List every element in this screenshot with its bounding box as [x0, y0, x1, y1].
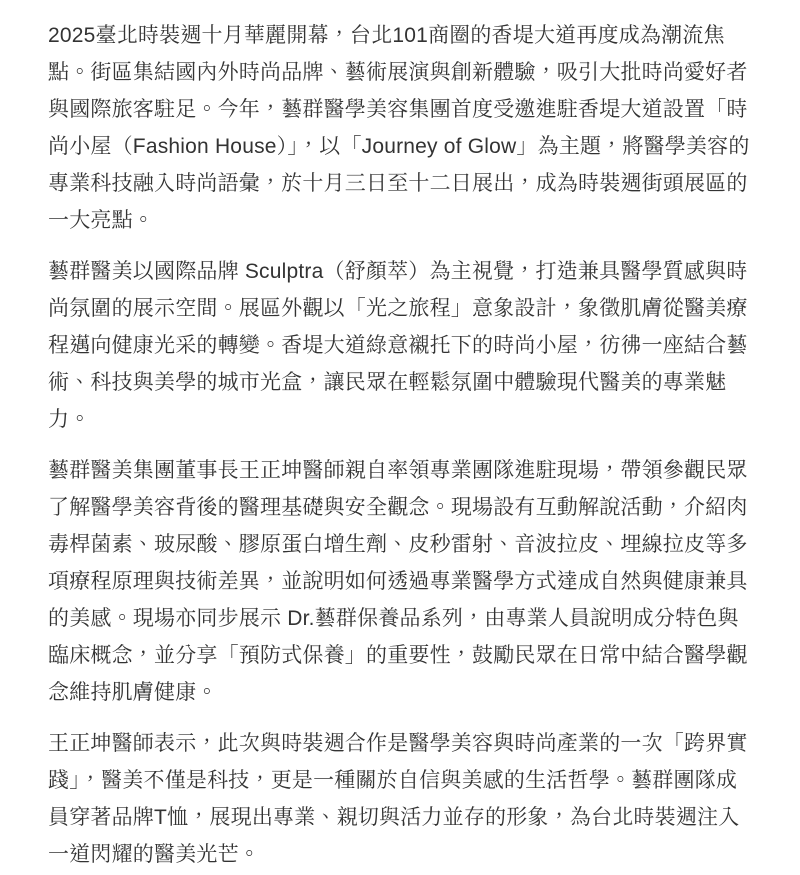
article-paragraph-1: 2025臺北時裝週十月華麗開幕，台北101商圈的香堤大道再度成為潮流焦點。街區集… [48, 17, 756, 239]
article-paragraph-4: 王正坤醫師表示，此次與時裝週合作是醫學美容與時尚產業的一次「跨界實踐」，醫美不僅… [48, 725, 756, 873]
article-paragraph-2: 藝群醫美以國際品牌 Sculptra（舒顏萃）為主視覺，打造兼具醫學質感與時尚氛… [48, 253, 756, 438]
article-body: 2025臺北時裝週十月華麗開幕，台北101商圈的香堤大道再度成為潮流焦點。街區集… [0, 0, 800, 873]
article-paragraph-3: 藝群醫美集團董事長王正坤醫師親自率領專業團隊進駐現場，帶領參觀民眾了解醫學美容背… [48, 452, 756, 711]
